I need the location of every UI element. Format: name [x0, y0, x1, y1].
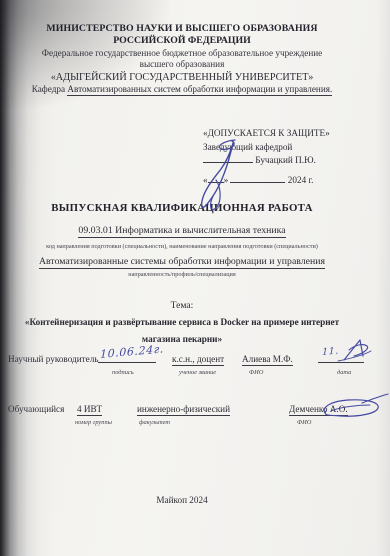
student-group: 4 ИВТ — [77, 404, 102, 414]
student-role: Обучающийся — [8, 404, 64, 414]
head-signature — [192, 133, 252, 217]
university-name: «АДЫГЕЙСКИЙ ГОСУДАРСТВЕННЫЙ УНИВЕРСИТЕТ» — [0, 72, 364, 83]
head-name: Бучацкий П.Ю. — [255, 155, 316, 165]
specialty-caption: код направления подготовки (специальност… — [0, 243, 364, 250]
department-line: Кафедра Автоматизированных систем обрабо… — [0, 84, 364, 94]
specialty-line: 09.03.01 Информатика и вычислительная те… — [0, 225, 364, 236]
supervisor-degree: к.с.н., доцент — [172, 354, 224, 364]
supervisor-degree-text: к.с.н., доцент — [172, 354, 224, 366]
department-label: Кафедра — [32, 84, 65, 94]
supervisor-date-caption: дата — [337, 369, 351, 376]
student-group-caption: номер группы — [75, 419, 112, 426]
supervisor-degree-caption: ученое звание — [179, 369, 216, 376]
institution-line-2: высшего образования — [0, 59, 364, 69]
department-name: Автоматизированных систем обработки инфо… — [67, 84, 332, 96]
student-group-text: 4 ИВТ — [77, 404, 102, 416]
theme-label: Тема: — [0, 300, 364, 311]
student-signature — [317, 393, 389, 423]
supervisor-signature-caption: подпись — [112, 369, 134, 376]
supervisor-name-text: Алиева М.Ф. — [242, 354, 293, 366]
profile-text: Автоматизированные системы обработки инф… — [39, 256, 325, 269]
student-faculty-caption: факультет — [139, 419, 170, 426]
theme-line-2: магазина пекарни» — [0, 334, 364, 344]
supervisor-signature — [336, 338, 372, 364]
thesis-title-page: МИНИСТЕРСТВО НАУКИ И ВЫСШЕГО ОБРАЗОВАНИЯ… — [0, 0, 390, 556]
work-type-title: ВЫПУСКНАЯ КВАЛИФИКАЦИОННАЯ РАБОТА — [0, 202, 364, 214]
student-name-caption: ФИО — [297, 419, 311, 426]
ministry-line-2: РОССИЙСКОЙ ФЕДЕРАЦИИ — [0, 35, 364, 46]
year-text: 2024 г. — [288, 175, 314, 185]
profile-line: Автоматизированные системы обработки инф… — [0, 256, 364, 267]
supervisor-role: Научный руководитель — [8, 354, 98, 364]
ministry-line-1: МИНИСТЕРСТВО НАУКИ И ВЫСШЕГО ОБРАЗОВАНИЯ — [0, 23, 364, 34]
supervisor-signature-blank — [98, 354, 156, 363]
theme-line-1: «Контейнеризация и развёртывание сервиса… — [0, 317, 364, 327]
supervisor-name-caption: ФИО — [249, 369, 263, 376]
profile-caption: направленность/профиль/специализация — [0, 271, 364, 278]
student-faculty-text: инженерно-физический — [137, 404, 230, 416]
specialty-text: 09.03.01 Информатика и вычислительная те… — [78, 225, 285, 238]
city-year: Майкоп 2024 — [0, 495, 364, 505]
institution-line-1: Федеральное государственное бюджетное об… — [0, 48, 364, 58]
student-faculty: инженерно-физический — [137, 404, 230, 414]
supervisor-name: Алиева М.Ф. — [242, 354, 293, 364]
